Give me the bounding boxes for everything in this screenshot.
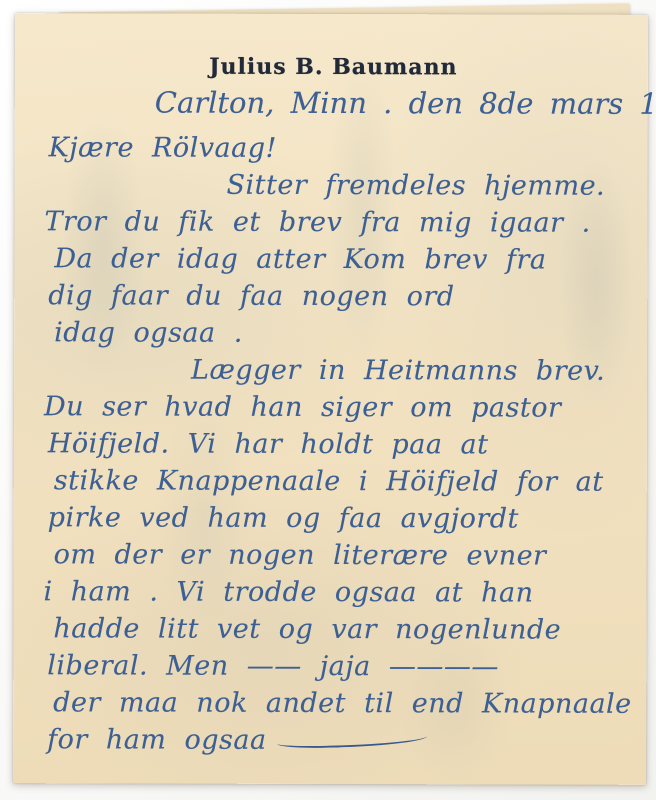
letter-line: Tror du fik et brev fra mig igaar . (44, 203, 629, 242)
letter-line: stikke Knappenaale i Höifjeld for at (54, 462, 629, 501)
letter-line: Da der idag atter Kom brev fra (54, 240, 629, 279)
letter-line: idag ogsaa . (54, 314, 629, 353)
letter-line: Lægger in Heitmanns brev. (191, 352, 629, 390)
letter-line: der maa nok andet til end Knapnaale (53, 684, 628, 723)
letter-line: Höifjeld. Vi har holdt paa at (48, 425, 629, 464)
letter-line: i ham . Vi trodde ogsaa at han (43, 573, 628, 612)
letter-line: liberal. Men —— jaja ———— (47, 647, 628, 686)
letter-paper: Julius B. Baumann Carlton, Minn . den 8d… (13, 13, 648, 785)
letter-body: Kjære Rölvaag!Sitter fremdeles hjemme.Tr… (35, 129, 630, 760)
letter-line: pirke ved ham og faa avgjordt (48, 499, 629, 538)
letter-line: for ham ogsaa (47, 721, 628, 760)
letter-line: dig faar du faa nogen ord (48, 277, 629, 316)
letterhead-name: Julius B. Baumann (37, 53, 630, 81)
letter-line: hadde litt vet og var nogenlunde (53, 610, 628, 649)
dateline: Carlton, Minn . den 8de mars 1922. (155, 86, 630, 121)
letter-line: Kjære Rölvaag! (49, 129, 630, 168)
scanned-letter: Julius B. Baumann Carlton, Minn . den 8d… (0, 0, 656, 800)
letter-line: Sitter fremdeles hjemme. (227, 167, 630, 205)
letter-line: Du ser hvad han siger om pastor (44, 388, 629, 427)
letter-line: om der er nogen literære evner (54, 536, 629, 575)
